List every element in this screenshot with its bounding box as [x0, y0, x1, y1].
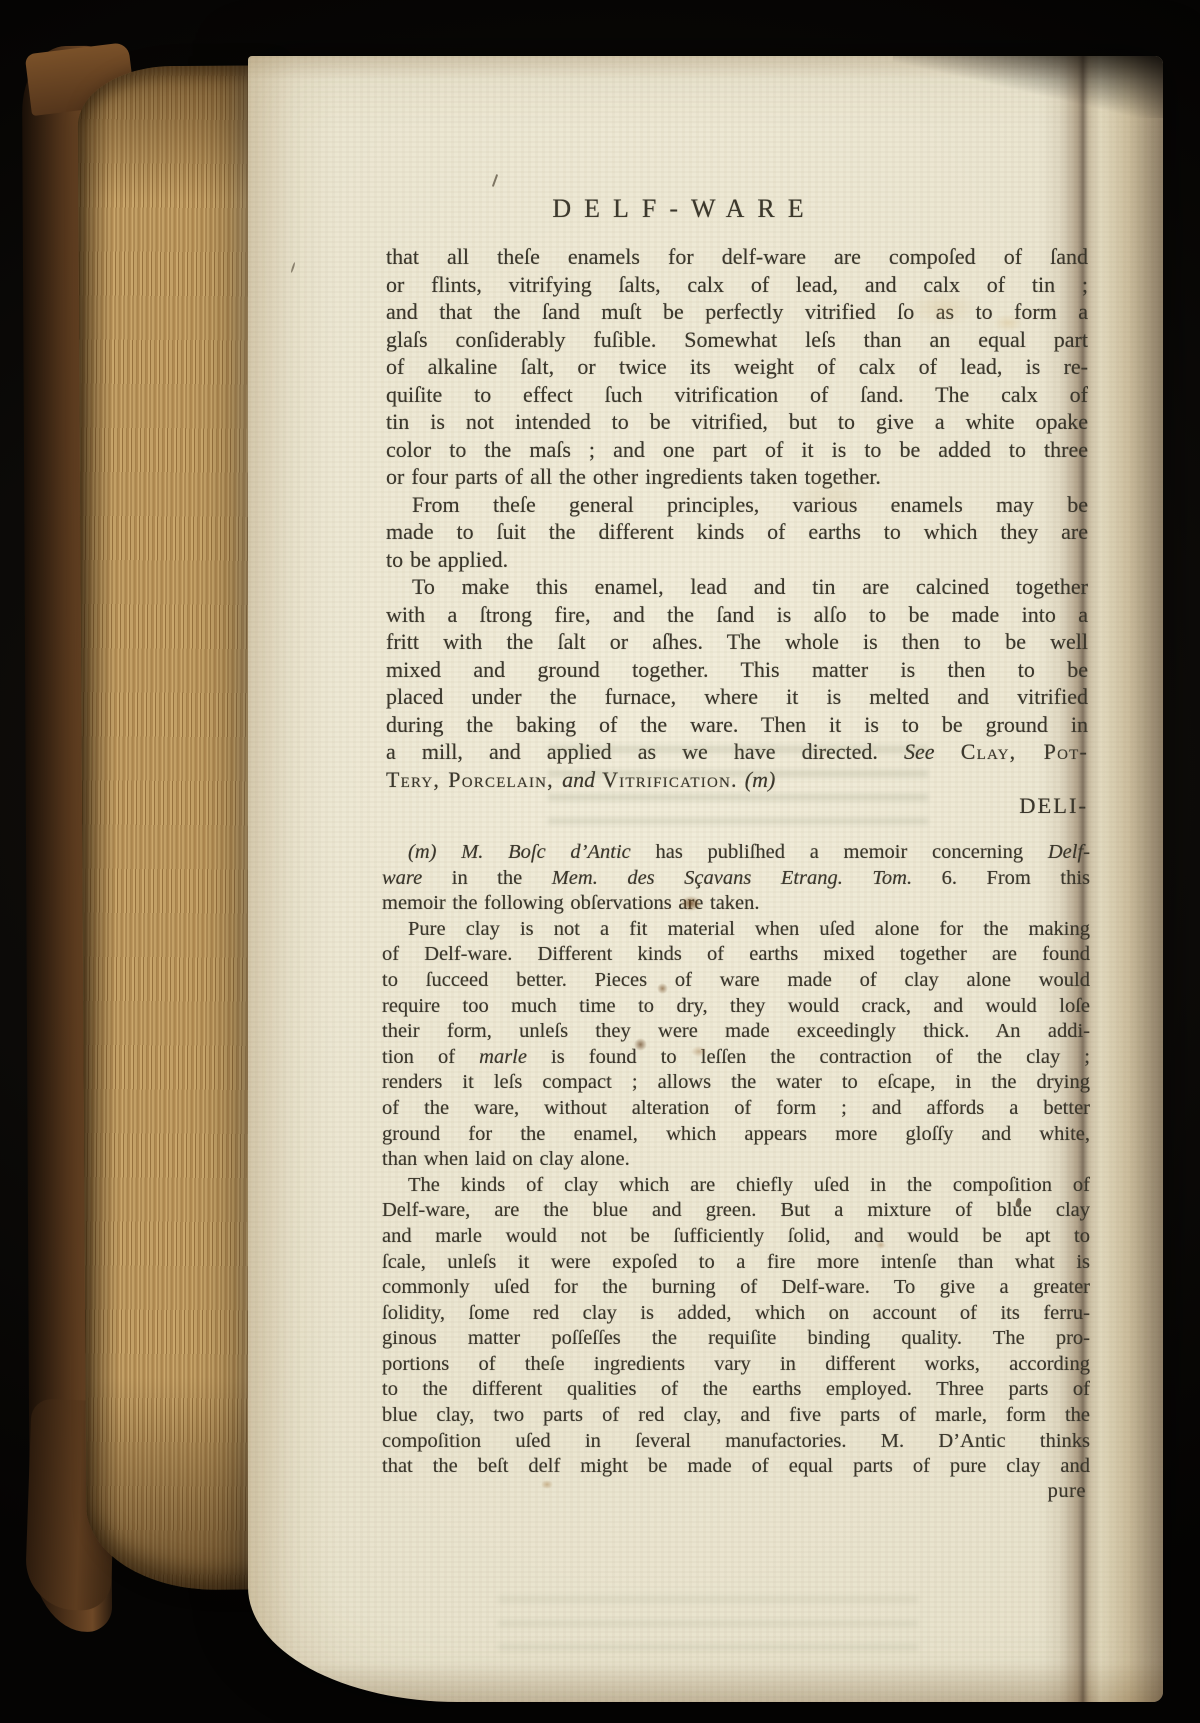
main-text-block: that all theſe enamels for delf-ware are…: [386, 243, 1088, 793]
footnote-line: compoſition uſed in ſeveral manufactorie…: [382, 1429, 1090, 1455]
footnote-line: than when laid on clay alone.: [382, 1147, 1090, 1173]
text-segment: glaſs conſiderably fuſible. Somewhat leſ…: [386, 327, 1088, 352]
footnote-line: ſcale, unleſs it were expoſed to a fire …: [382, 1250, 1090, 1276]
text-line: Tery, Porcelain, and Vitrification. (m): [386, 766, 1088, 794]
footnote-line: blue clay, two parts of red clay, and fi…: [382, 1403, 1090, 1429]
text-line: to be applied.: [386, 546, 1088, 574]
text-line: made to ſuit the different kinds of eart…: [386, 518, 1088, 546]
text-segment: of alkaline ſalt, or twice its weight of…: [386, 354, 1088, 379]
text-line: during the baking of the ware. Then it i…: [386, 711, 1088, 739]
footnote-line: The kinds of clay which are chiefly uſed…: [382, 1173, 1090, 1199]
text-segment: to ſucceed better. Pieces of ware made o…: [382, 969, 1090, 991]
text-segment: of Delf-ware. Different kinds of earths …: [382, 943, 1090, 965]
footnote-line: require too much time to dry, they would…: [382, 994, 1090, 1020]
footnote-line: tion of marle is found to leſſen the con…: [382, 1045, 1090, 1071]
footnote-block: (m) M. Boſc d’Antic has publiſhed a memo…: [382, 840, 1090, 1480]
text-line: To make this enamel, lead and tin are ca…: [386, 573, 1088, 601]
text-segment: renders it leſs compact ; allows the wat…: [382, 1071, 1090, 1093]
text-segment: or four parts of all the other ingredien…: [386, 464, 881, 489]
footnote-line: and marle would not be ſufficiently ſoli…: [382, 1224, 1090, 1250]
text-segment: and: [562, 767, 602, 792]
text-segment: mixed and ground together. This matter i…: [386, 657, 1088, 682]
text-segment: during the baking of the ware. Then it i…: [386, 712, 1088, 737]
footnote-line: ware in the Mem. des Sçavans Etrang. Tom…: [382, 866, 1090, 892]
text-segment: and marle would not be ſufficiently ſoli…: [382, 1225, 1090, 1247]
text-segment: in the: [422, 867, 551, 889]
text-line: color to the maſs ; and one part of it i…: [386, 436, 1088, 464]
text-line: From theſe general principles, various e…: [386, 491, 1088, 519]
page-top-shadow: [893, 56, 1163, 118]
text-segment: ginous matter poſſeſſes the requiſite bi…: [382, 1327, 1090, 1349]
text-line: a mill, and applied as we have directed.…: [386, 738, 1088, 766]
text-segment: commonly uſed for the burning of Delf-wa…: [382, 1276, 1090, 1298]
text-segment: Delf-ware, are the blue and green. But a…: [382, 1199, 1090, 1221]
text-segment: than when laid on clay alone.: [382, 1148, 630, 1170]
text-segment: a mill, and applied as we have directed.: [386, 739, 904, 764]
text-segment: Mem. des Sçavans Etrang. Tom.: [552, 867, 912, 889]
text-segment: color to the maſs ; and one part of it i…: [386, 437, 1088, 462]
text-segment: with a ſtrong fire, and the ſand is alſo…: [386, 602, 1088, 627]
text-segment: tion of: [382, 1046, 479, 1068]
text-segment: that all theſe enamels for delf-ware are…: [386, 244, 1088, 269]
footnote-line: to ſucceed better. Pieces of ware made o…: [382, 968, 1090, 994]
text-segment: made to ſuit the different kinds of eart…: [386, 519, 1088, 544]
text-segment: to the different qualities of the earths…: [382, 1378, 1090, 1400]
text-segment: The kinds of clay which are chiefly uſed…: [408, 1174, 1090, 1196]
text-line: tin is not intended to be vitrified, but…: [386, 408, 1088, 436]
text-segment: quiſite to effect ſuch vitrification of …: [386, 382, 1088, 407]
text-segment: or flints, vitrifying ſalts, calx of lea…: [386, 272, 1088, 297]
text-segment: require too much time to dry, they would…: [382, 995, 1090, 1017]
text-segment: 6. From this: [912, 867, 1090, 889]
pen-stroke: [290, 262, 295, 273]
text-line: glaſs conſiderably fuſible. Somewhat leſ…: [386, 326, 1088, 354]
text-segment: marle: [479, 1046, 527, 1068]
text-segment: to be applied.: [386, 547, 508, 572]
footnote-line: Pure clay is not a fit material when uſe…: [382, 917, 1090, 943]
book-page: DELF-WARE that all theſe enamels for del…: [248, 56, 1163, 1702]
photo-background: DELF-WARE that all theſe enamels for del…: [0, 0, 1200, 1723]
text-segment: [738, 767, 745, 792]
text-segment: To make this enamel, lead and tin are ca…: [412, 574, 1088, 599]
text-line: quiſite to effect ſuch vitrification of …: [386, 381, 1088, 409]
text-segment: ground for the enamel, which appears mor…: [382, 1123, 1090, 1145]
footnote-line: portions of theſe ingredients vary in di…: [382, 1352, 1090, 1378]
text-segment: ſcale, unleſs it were expoſed to a fire …: [382, 1251, 1090, 1273]
footnote-line: to the different qualities of the earths…: [382, 1377, 1090, 1403]
text-segment: ſolidity, ſome red clay is added, which …: [382, 1302, 1090, 1324]
text-line: and that the ſand muſt be perfectly vitr…: [386, 298, 1088, 326]
footnote-line: memoir the following obſervations are ta…: [382, 891, 1090, 917]
footnote-line: of the ware, without alteration of form …: [382, 1096, 1090, 1122]
text-segment: memoir the following obſervations are ta…: [382, 892, 760, 914]
footnote-line: ginous matter poſſeſſes the requiſite bi…: [382, 1326, 1090, 1352]
text-segment: their form, unleſs they were made exceed…: [382, 1020, 1090, 1042]
footnote-line: commonly uſed for the burning of Delf-wa…: [382, 1275, 1090, 1301]
text-segment: of the ware, without alteration of form …: [382, 1097, 1090, 1119]
text-line: placed under the furnace, where it is me…: [386, 683, 1088, 711]
text-segment: compoſition uſed in ſeveral manufactorie…: [382, 1430, 1090, 1452]
text-segment: fritt with the ſalt or aſhes. The whole …: [386, 629, 1088, 654]
footnote-line: renders it leſs compact ; allows the wat…: [382, 1070, 1090, 1096]
text-segment: See: [904, 739, 961, 764]
bottom-catchword: pure: [382, 1480, 1086, 1503]
footnote-line: of Delf-ware. Different kinds of earths …: [382, 942, 1090, 968]
footnote-line: ſolidity, ſome red clay is added, which …: [382, 1301, 1090, 1327]
text-line: with a ſtrong fire, and the ſand is alſo…: [386, 601, 1088, 629]
footnote-line: Delf-ware, are the blue and green. But a…: [382, 1198, 1090, 1224]
show-through: [498, 1596, 918, 1666]
text-segment: has publiſhed a memoir concerning: [631, 841, 1048, 863]
text-segment: From theſe general principles, various e…: [412, 492, 1088, 517]
text-segment: Delf-: [1048, 841, 1090, 863]
text-segment: portions of theſe ingredients vary in di…: [382, 1353, 1090, 1375]
text-segment: tin is not intended to be vitrified, but…: [386, 409, 1088, 434]
text-line: of alkaline ſalt, or twice its weight of…: [386, 353, 1088, 381]
text-line: that all theſe enamels for delf-ware are…: [386, 243, 1088, 271]
text-line: fritt with the ſalt or aſhes. The whole …: [386, 628, 1088, 656]
footnote-line: (m) M. Boſc d’Antic has publiſhed a memo…: [382, 840, 1090, 866]
text-line: mixed and ground together. This matter i…: [386, 656, 1088, 684]
text-segment: Pure clay is not a fit material when uſe…: [408, 918, 1090, 940]
text-segment: is found to leſſen the contraction of th…: [527, 1046, 1090, 1068]
page-heading: DELF-WARE: [398, 194, 958, 224]
text-segment: Tery, Porcelain,: [386, 767, 562, 792]
text-line: or flints, vitrifying ſalts, calx of lea…: [386, 271, 1088, 299]
text-segment: ware: [382, 867, 422, 889]
text-line: or four parts of all the other ingredien…: [386, 463, 1088, 491]
text-segment: Clay, Pot-: [961, 739, 1088, 764]
footnote-line: their form, unleſs they were made exceed…: [382, 1019, 1090, 1045]
text-segment: and that the ſand muſt be perfectly vitr…: [386, 299, 1088, 324]
mid-catchword: DELI-: [386, 793, 1088, 819]
text-segment: Vitrification.: [602, 767, 738, 792]
footnote-line: that the beſt delf might be made of equa…: [382, 1454, 1090, 1480]
text-segment: that the beſt delf might be made of equa…: [382, 1455, 1090, 1477]
text-segment: blue clay, two parts of red clay, and fi…: [382, 1404, 1090, 1426]
text-segment: (m): [745, 767, 776, 792]
footnote-line: ground for the enamel, which appears mor…: [382, 1122, 1090, 1148]
text-segment: placed under the furnace, where it is me…: [386, 684, 1088, 709]
page-edge-stack: [77, 65, 276, 1590]
pen-stroke: [492, 174, 498, 187]
text-segment: (m) M. Boſc d’Antic: [408, 841, 631, 863]
